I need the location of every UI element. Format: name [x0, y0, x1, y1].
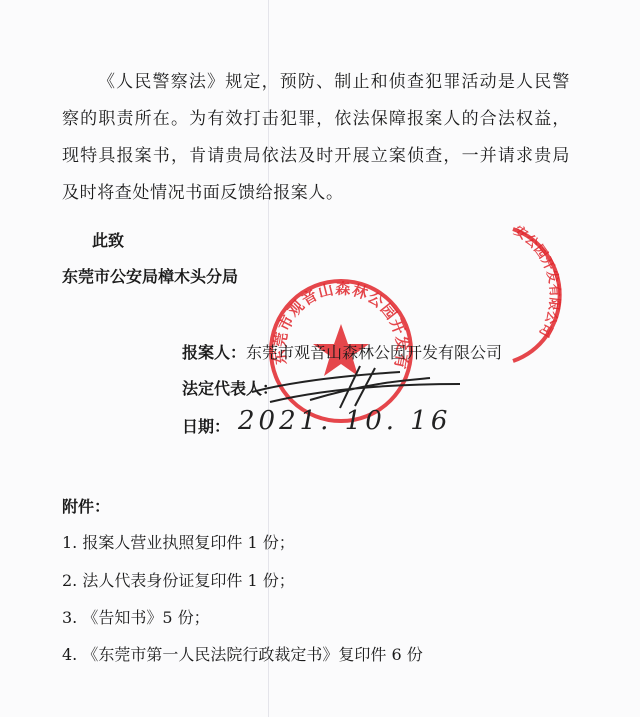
date-row: 日期： — [182, 414, 230, 437]
recipient: 东莞市公安局樟木头分局 — [62, 264, 238, 287]
body-paragraph: 《人民警察法》规定，预防、制止和侦查犯罪活动是人民警察的职责所在。为有效打击犯罪… — [62, 64, 570, 212]
reporter-row: 报案人：东莞市观音山森林公园开发有限公司 — [182, 340, 502, 363]
date-label: 日期： — [182, 417, 230, 436]
reporter-value: 东莞市观音山森林公园开发有限公司 — [246, 343, 502, 362]
attachment-item: 1. 报案人营业执照复印件 1 份； — [62, 530, 295, 553]
attachments-title: 附件： — [62, 494, 110, 517]
attachment-item: 4. 《东莞市第一人民法院行政裁定书》复印件 6 份 — [62, 642, 423, 665]
attachment-item: 2. 法人代表身份证复印件 1 份； — [62, 568, 295, 591]
cross-page-seal-icon: 安公园开发有限公司 — [505, 225, 585, 365]
closing-salutation: 此致 — [92, 228, 124, 251]
attachment-item: 3. 《告知书》5 份； — [62, 605, 210, 628]
svg-text:安公园开发有限公司: 安公园开发有限公司 — [511, 225, 563, 340]
reporter-label: 报案人： — [182, 343, 246, 362]
date-value: 2021. 10. 16 — [238, 406, 451, 436]
signature-icon — [250, 362, 470, 412]
